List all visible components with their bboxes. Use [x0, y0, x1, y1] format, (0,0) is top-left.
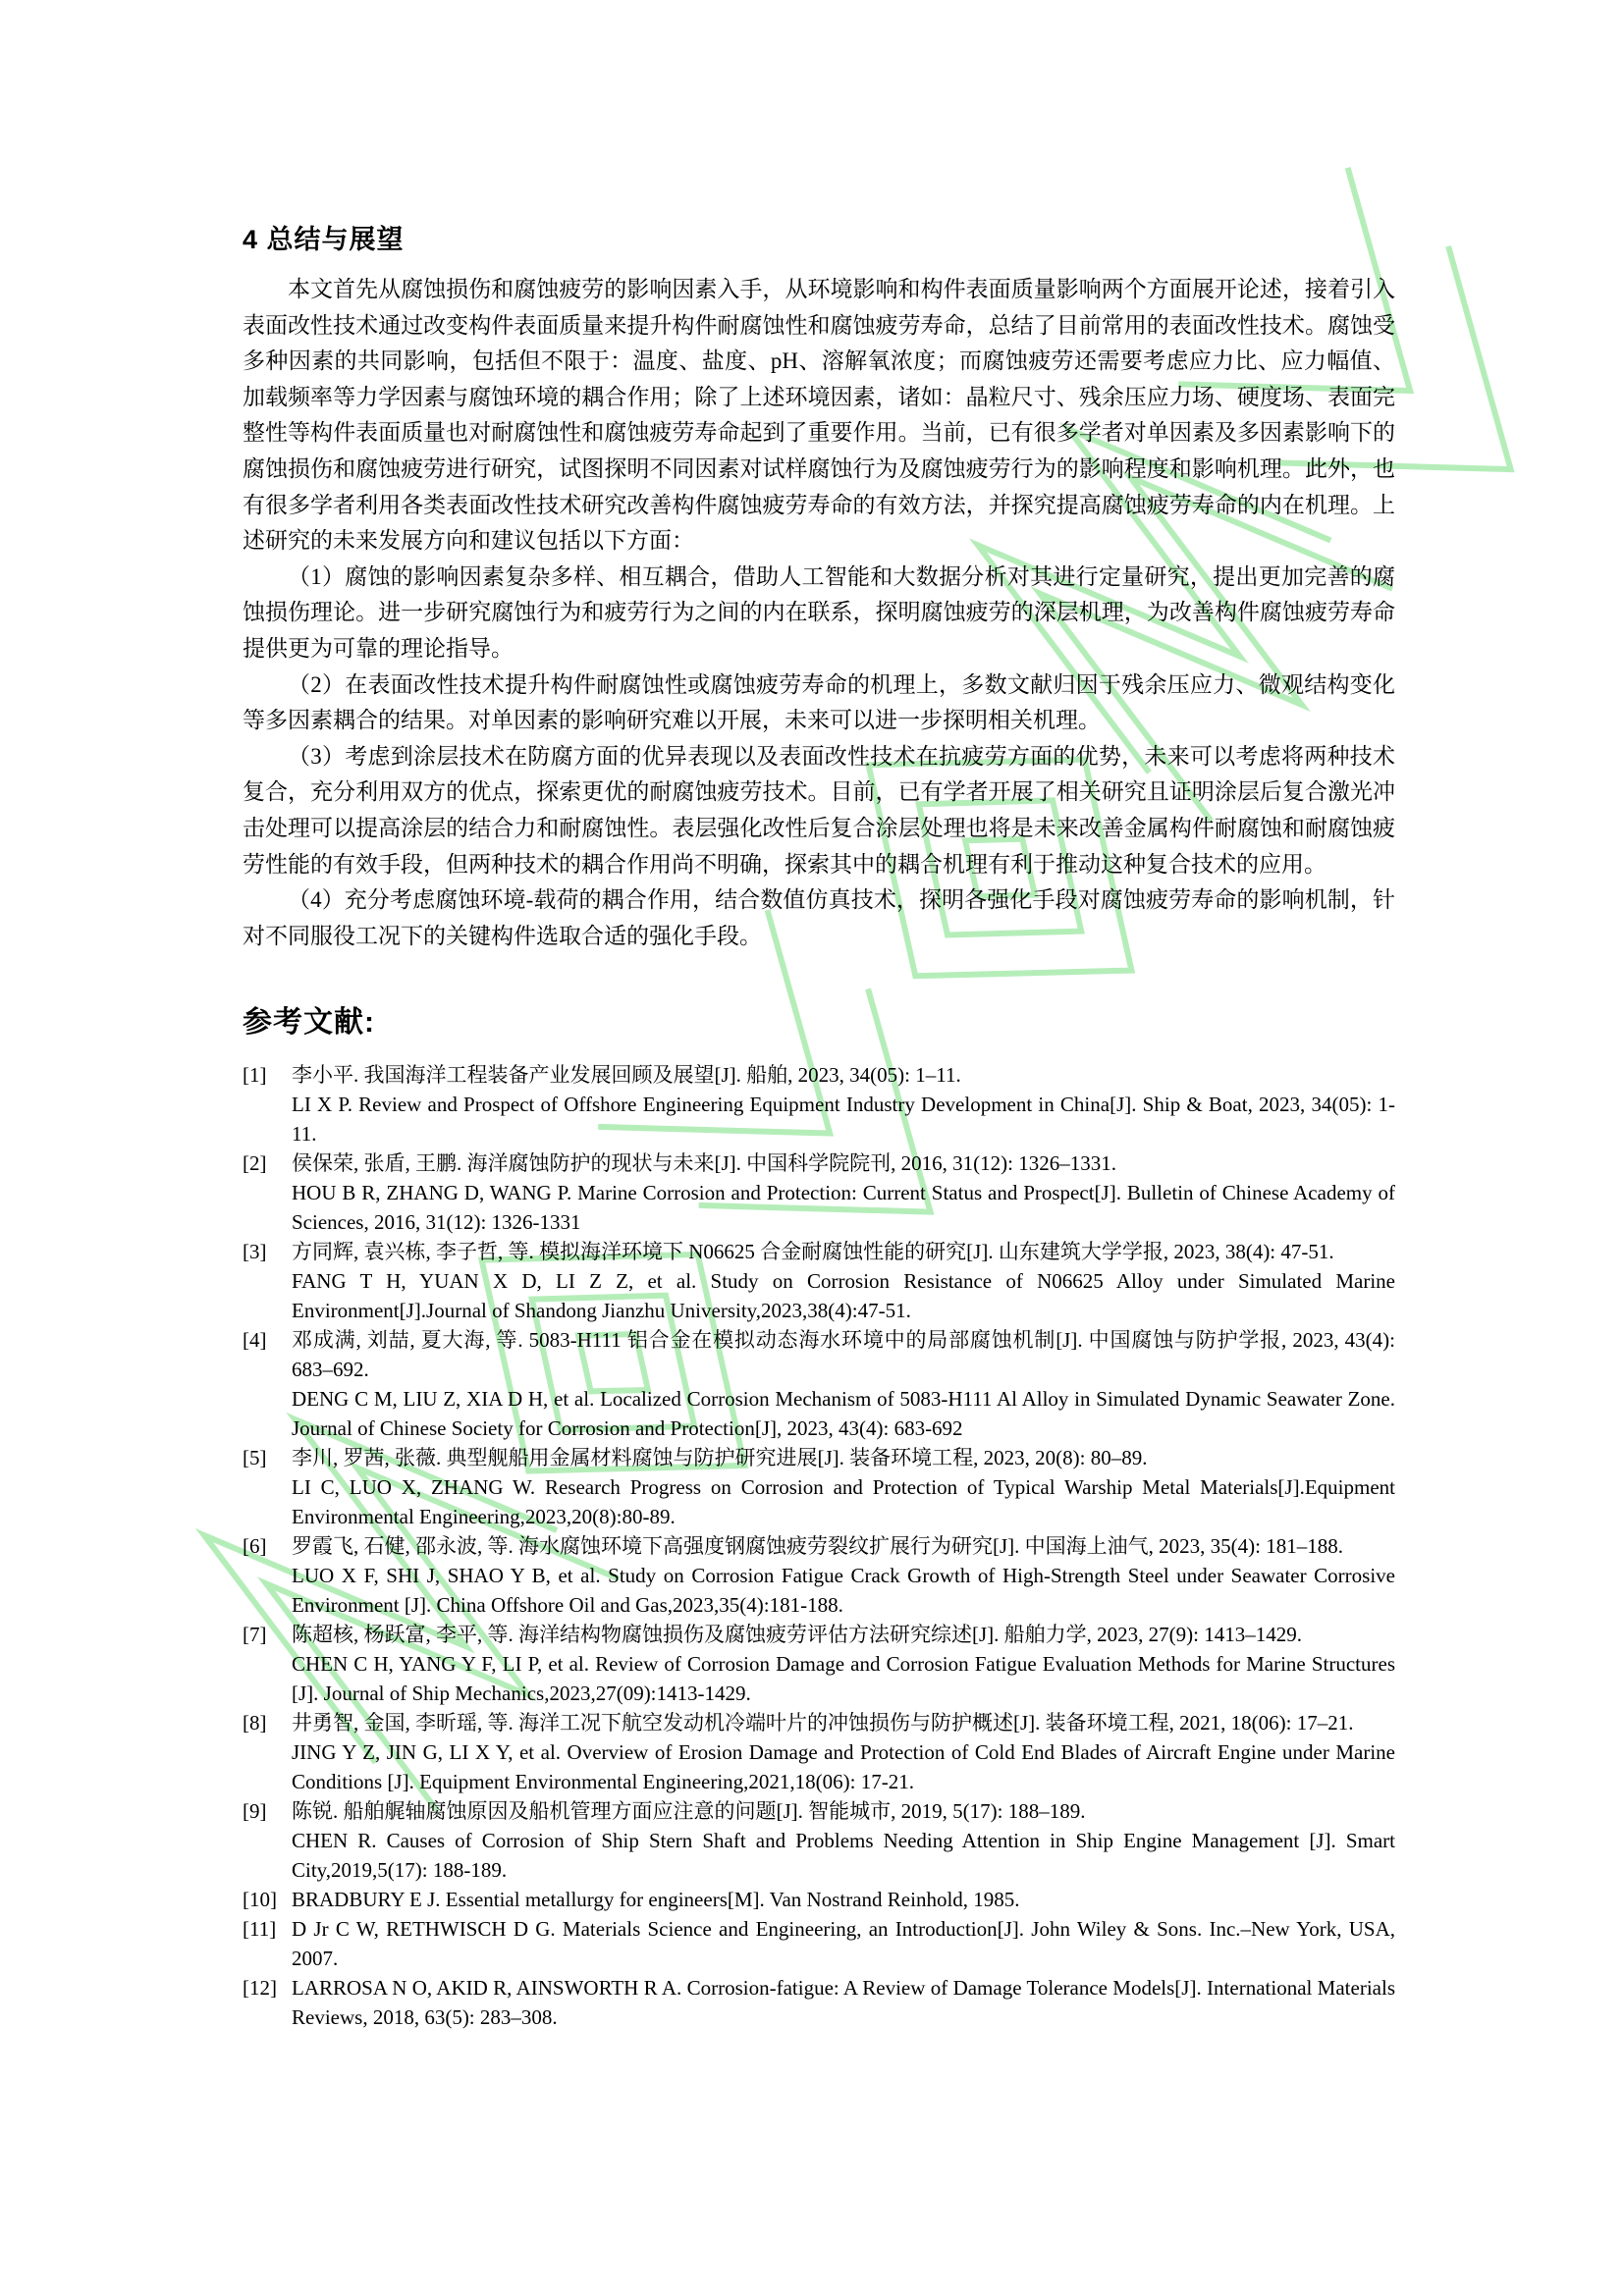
reference-text-zh: 陈超核, 杨跃富, 李平, 等. 海洋结构物腐蚀损伤及腐蚀疲劳评估方法研究综述[…: [292, 1620, 1395, 1649]
reference-item: [9] 陈锐. 船舶艉轴腐蚀原因及船机管理方面应注意的问题[J]. 智能城市, …: [243, 1796, 1395, 1885]
reference-text-en: LARROSA N O, AKID R, AINSWORTH R A. Corr…: [292, 1973, 1395, 2032]
paragraph: 本文首先从腐蚀损伤和腐蚀疲劳的影响因素入手，从环境影响和构件表面质量影响两个方面…: [243, 272, 1395, 560]
reference-text-en: LI C, LUO X, ZHANG W. Research Progress …: [292, 1472, 1395, 1531]
reference-item: [1] 李小平. 我国海洋工程装备产业发展回顾及展望[J]. 船舶, 2023,…: [243, 1060, 1395, 1148]
reference-text-zh: 陈锐. 船舶艉轴腐蚀原因及船机管理方面应注意的问题[J]. 智能城市, 2019…: [292, 1796, 1395, 1826]
references-heading: 参考文献:: [243, 997, 1395, 1041]
reference-text-en: BRADBURY E J. Essential metallurgy for e…: [292, 1885, 1395, 1914]
reference-item: [7] 陈超核, 杨跃富, 李平, 等. 海洋结构物腐蚀损伤及腐蚀疲劳评估方法研…: [243, 1620, 1395, 1708]
reference-item: [11] D Jr C W, RETHWISCH D G. Materials …: [243, 1914, 1395, 1973]
reference-item: [10] BRADBURY E J. Essential metallurgy …: [243, 1885, 1395, 1914]
reference-text-zh: 罗霞飞, 石健, 邵永波, 等. 海水腐蚀环境下高强度钢腐蚀疲劳裂纹扩展行为研究…: [292, 1531, 1395, 1561]
reference-number: [4]: [243, 1325, 267, 1355]
reference-number: [12]: [243, 1973, 277, 2002]
reference-item: [12] LARROSA N O, AKID R, AINSWORTH R A.…: [243, 1973, 1395, 2032]
reference-text-zh: 李小平. 我国海洋工程装备产业发展回顾及展望[J]. 船舶, 2023, 34(…: [292, 1060, 1395, 1090]
paragraph: （3）考虑到涂层技术在防腐方面的优异表现以及表面改性技术在抗疲劳方面的优势，未来…: [243, 739, 1395, 882]
reference-item: [4] 邓成满, 刘喆, 夏大海, 等. 5083-H111 铝合金在模拟动态海…: [243, 1325, 1395, 1443]
paragraph: （1）腐蚀的影响因素复杂多样、相互耦合，借助人工智能和大数据分析对其进行定量研究…: [243, 560, 1395, 667]
reference-number: [11]: [243, 1914, 276, 1944]
reference-text-en: LI X P. Review and Prospect of Offshore …: [292, 1090, 1395, 1148]
reference-item: [3] 方同辉, 袁兴栋, 李子哲, 等. 模拟海洋环境下 N06625 合金耐…: [243, 1237, 1395, 1325]
reference-text-en: CHEN R. Causes of Corrosion of Ship Ster…: [292, 1826, 1395, 1885]
references-list: [1] 李小平. 我国海洋工程装备产业发展回顾及展望[J]. 船舶, 2023,…: [243, 1060, 1395, 2032]
reference-text-en: HOU B R, ZHANG D, WANG P. Marine Corrosi…: [292, 1178, 1395, 1237]
reference-text-en: FANG T H, YUAN X D, LI Z Z, et al. Study…: [292, 1266, 1395, 1325]
page-content: 4 总结与展望 本文首先从腐蚀损伤和腐蚀疲劳的影响因素入手，从环境影响和构件表面…: [243, 218, 1395, 2032]
reference-text-zh: 侯保荣, 张盾, 王鹏. 海洋腐蚀防护的现状与未来[J]. 中国科学院院刊, 2…: [292, 1148, 1395, 1178]
reference-number: [1]: [243, 1060, 267, 1090]
reference-text-zh: 邓成满, 刘喆, 夏大海, 等. 5083-H111 铝合金在模拟动态海水环境中…: [292, 1325, 1395, 1384]
reference-item: [8] 井勇智, 金国, 李昕瑶, 等. 海洋工况下航空发动机冷端叶片的冲蚀损伤…: [243, 1708, 1395, 1796]
reference-number: [6]: [243, 1531, 267, 1561]
reference-text-en: DENG C M, LIU Z, XIA D H, et al. Localiz…: [292, 1384, 1395, 1443]
paragraph: （2）在表面改性技术提升构件耐腐蚀性或腐蚀疲劳寿命的机理上，多数文献归因于残余压…: [243, 667, 1395, 739]
reference-number: [7]: [243, 1620, 267, 1649]
reference-text-en: D Jr C W, RETHWISCH D G. Materials Scien…: [292, 1914, 1395, 1973]
reference-number: [8]: [243, 1708, 267, 1737]
reference-text-en: LUO X F, SHI J, SHAO Y B, et al. Study o…: [292, 1561, 1395, 1620]
reference-number: [2]: [243, 1148, 267, 1178]
reference-text-en: CHEN C H, YANG Y F, LI P, et al. Review …: [292, 1649, 1395, 1708]
paragraph: （4）充分考虑腐蚀环境-载荷的耦合作用，结合数值仿真技术，探明各强化手段对腐蚀疲…: [243, 882, 1395, 954]
document-page: 4 总结与展望 本文首先从腐蚀损伤和腐蚀疲劳的影响因素入手，从环境影响和构件表面…: [0, 0, 1624, 2296]
reference-item: [5] 李川, 罗茜, 张薇. 典型舰船用金属材料腐蚀与防护研究进展[J]. 装…: [243, 1443, 1395, 1531]
reference-text-zh: 方同辉, 袁兴栋, 李子哲, 等. 模拟海洋环境下 N06625 合金耐腐蚀性能…: [292, 1237, 1395, 1266]
reference-number: [5]: [243, 1443, 267, 1472]
section-heading: 4 总结与展望: [243, 218, 1395, 256]
reference-text-zh: 李川, 罗茜, 张薇. 典型舰船用金属材料腐蚀与防护研究进展[J]. 装备环境工…: [292, 1443, 1395, 1472]
reference-number: [9]: [243, 1796, 267, 1826]
reference-text-zh: 井勇智, 金国, 李昕瑶, 等. 海洋工况下航空发动机冷端叶片的冲蚀损伤与防护概…: [292, 1708, 1395, 1737]
section-body: 本文首先从腐蚀损伤和腐蚀疲劳的影响因素入手，从环境影响和构件表面质量影响两个方面…: [243, 272, 1395, 954]
reference-number: [3]: [243, 1237, 267, 1266]
reference-number: [10]: [243, 1885, 277, 1914]
reference-item: [2] 侯保荣, 张盾, 王鹏. 海洋腐蚀防护的现状与未来[J]. 中国科学院院…: [243, 1148, 1395, 1237]
reference-text-en: JING Y Z, JIN G, LI X Y, et al. Overview…: [292, 1737, 1395, 1796]
reference-item: [6] 罗霞飞, 石健, 邵永波, 等. 海水腐蚀环境下高强度钢腐蚀疲劳裂纹扩展…: [243, 1531, 1395, 1620]
